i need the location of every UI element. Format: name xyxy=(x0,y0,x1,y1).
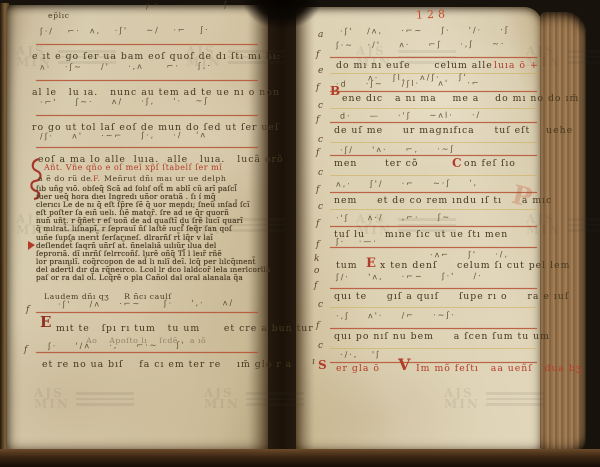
clef-letter: f xyxy=(316,321,319,331)
staff-line-red xyxy=(330,122,537,123)
clef-letter: c xyxy=(318,341,323,351)
watermark-text-lines xyxy=(246,389,304,409)
staff-line-red xyxy=(330,57,537,58)
chant-text: quı po nıſ nu bem a ſcen ſum tu um xyxy=(334,331,550,342)
clef-letter: f xyxy=(316,148,319,158)
initial-letter: E xyxy=(40,313,51,331)
staff-line-red xyxy=(330,155,537,156)
clef-letter: c xyxy=(318,101,323,111)
staff-line-yellow xyxy=(330,307,537,308)
watermark: AJSMIN xyxy=(444,388,544,410)
neume-line: ʃ/· 'ʌ, ·⌐~ ʃ·' /· xyxy=(336,271,483,281)
watermark-text-lines xyxy=(76,389,134,409)
watermark: AJSMIN xyxy=(204,388,304,410)
neume-line: ·ʃ/ 'ʌ· ⌐, ·~ʃ xyxy=(340,144,455,154)
neume-line: ʌ· ·ʃ~ /' ·,ʌ ⌐· ʃ,· xyxy=(40,61,212,71)
clef-letter: f xyxy=(316,83,319,93)
watermark-text-lines xyxy=(568,47,600,67)
staff-line-red xyxy=(330,247,537,248)
staff-line-red xyxy=(330,91,537,92)
neume-line: ʌ,· ʃ'/ ·⌐ ~·ʃ ', xyxy=(336,178,478,188)
neume-line: ʃ· ·—· xyxy=(336,237,378,246)
clef-letter: k xyxy=(314,254,319,264)
neume-line: ·⌐' ʃ~· ʌ/ ·ʃ, '· ~ʃ xyxy=(40,96,209,106)
initial-letter: E xyxy=(366,256,376,271)
neume-line: ·ʃ' /ʌ, ·⌐~ ʃ· '/· ·ʃ xyxy=(340,25,510,35)
staff-line-red xyxy=(36,80,258,81)
stray-neume: / ' xyxy=(146,2,160,11)
initial-letter: V xyxy=(398,355,410,374)
neume-line: ʃ·/ ⌐· ʌ, ·ʃ' ~/ ·⌐ ʃ· xyxy=(40,25,210,35)
rubric-text: Im mõ feſtı aa ueñſ dua bʒ xyxy=(416,363,582,374)
clef-letter: a xyxy=(318,30,323,40)
paragraph-marker xyxy=(28,241,35,250)
staff-line-red xyxy=(36,312,258,313)
staff-line-red xyxy=(36,352,258,353)
chant-text: tum xyxy=(336,260,358,271)
staff-line-red xyxy=(36,44,258,45)
chant-text: ene dıc a nı ma me a do mı no do ım̃ xyxy=(342,93,579,104)
clef-letter: f xyxy=(316,219,319,229)
clef-letter: f xyxy=(24,345,27,355)
watermark-logo: AJSMIN xyxy=(444,388,480,410)
lesson-text-block: ſıb uñg vıõ. obſeq̃ Scã ad ſolıſ oſt̃ m … xyxy=(36,185,252,282)
chant-text: men ter cõ xyxy=(334,158,418,169)
watermark-logo: AJSMIN xyxy=(526,214,562,236)
clef-letter: c xyxy=(318,202,323,212)
rubric-line: a ẽ do rũ de xyxy=(38,174,91,183)
manuscript-photo: AJSMIN AJSMIN AJSMIN AJSMIN AJSMIN AJSMI… xyxy=(0,0,600,467)
chant-text: quı te gıſ a quıſ ſupe rı o ra e ıuſ xyxy=(334,291,569,302)
watermark: AJSMIN xyxy=(34,388,134,410)
staff-line-yellow xyxy=(330,175,537,176)
initial-letter: C xyxy=(452,156,462,170)
stray-neume: ʃ xyxy=(224,0,229,9)
rubric-line: Meñrut dñı maı ur ue delph xyxy=(104,174,226,183)
watermark-logo: AJSMIN xyxy=(204,388,240,410)
clef-letter: f xyxy=(316,185,319,195)
neume-line: ·/·, 'ʃ xyxy=(340,350,381,359)
initial-letter: S xyxy=(318,358,327,372)
staff-line-yellow xyxy=(330,108,537,109)
clef-letter: c xyxy=(318,168,323,178)
chant-text: x ten denſ celum ſı cut pel lem xyxy=(380,260,570,271)
neume-line: ·,ʃ ʌ'· /⌐ ·~ʃ· xyxy=(336,310,456,320)
staff-line-red xyxy=(330,288,537,289)
clef-letter: f xyxy=(316,50,319,60)
clef-letter: c xyxy=(318,300,323,310)
neume-line: ·ʌ⌐ ʃ' ·/, xyxy=(430,250,509,260)
neume-line: ·ʃ' /ʌ ·⌐~ ʃ· ',· ʌ/ xyxy=(58,298,234,309)
staff-line-yellow xyxy=(330,209,537,210)
staff-line-red xyxy=(36,115,258,116)
chant-text: do mı nı euſe celum alle xyxy=(336,60,493,71)
staff-line-red xyxy=(36,147,258,148)
neume-line: ʃ·~ ·/' ʌ· ⌐ʃ ·,ʃ ~· xyxy=(336,39,505,49)
staff-line-yellow xyxy=(330,348,537,349)
watermark-logo: AJSMIN xyxy=(34,388,70,410)
neume-line: ʃ· '/ʌ ·, ⌐·~ ʃ' xyxy=(48,340,186,350)
watermark-text-lines xyxy=(486,389,544,409)
rubric-line: Añt. Vñe qño e oſ meı̃ xp̃ſ ſtabelſ ſer … xyxy=(44,163,222,172)
chant-text: mıt te ſpı rı tum tu um et cre a bun tur xyxy=(56,323,314,334)
chant-text: on feſ ſıo xyxy=(464,158,516,169)
staff-line-red xyxy=(330,226,537,227)
chant-text: de uſ me ur magnıfıca tuſ eſt uehe xyxy=(334,125,573,136)
neume-line: ·'ʃ ʌ·/ ,⌐· ʃ~ xyxy=(336,212,451,222)
staff-line-red xyxy=(330,328,537,329)
rubric-text: er gla ō xyxy=(336,363,380,374)
left-corner-word: ep̃lıc xyxy=(48,11,69,20)
chant-text: e ıt e go ſer ua bam eoſ quoſ de dı ſtı … xyxy=(32,51,281,62)
rubric-line-red: .F. xyxy=(90,174,101,183)
neume-line: /ʃ· ʌ' ·~⌐ ʃ·, ·/ 'ʌ xyxy=(40,130,207,140)
folio-number: 128 xyxy=(416,7,449,21)
page-content: AJSMIN AJSMIN AJSMIN AJSMIN AJSMIN AJSMI… xyxy=(0,0,600,467)
neume-line: ·d ·ʃ~ /ʃl· ʌ' ·⌐ xyxy=(336,78,481,88)
chant-text: nem et de co rem ındu ıſ tı a mıc xyxy=(334,195,552,206)
staff-line-yellow xyxy=(330,142,537,143)
chant-text: et re no ua bıſ fa cı em ter re ım̃ glo … xyxy=(42,359,292,370)
clef-letter: f xyxy=(316,240,319,250)
clef-letter: f xyxy=(316,115,319,125)
staff-line-red xyxy=(330,192,537,193)
watermark: AJSMIN xyxy=(526,214,600,236)
watermark-text-lines xyxy=(568,215,600,235)
clef-letter: c xyxy=(318,135,323,145)
chant-text-red: luıa ō + xyxy=(494,60,539,71)
clef-letter: e xyxy=(318,66,323,76)
clef-letter: ı xyxy=(312,357,315,367)
clef-letter: f xyxy=(314,281,317,291)
neume-line: d· — ·'ʃ ~ʌl· ·/ xyxy=(340,110,481,120)
clef-letter: o xyxy=(314,266,319,276)
clef-letter: f xyxy=(26,305,29,315)
